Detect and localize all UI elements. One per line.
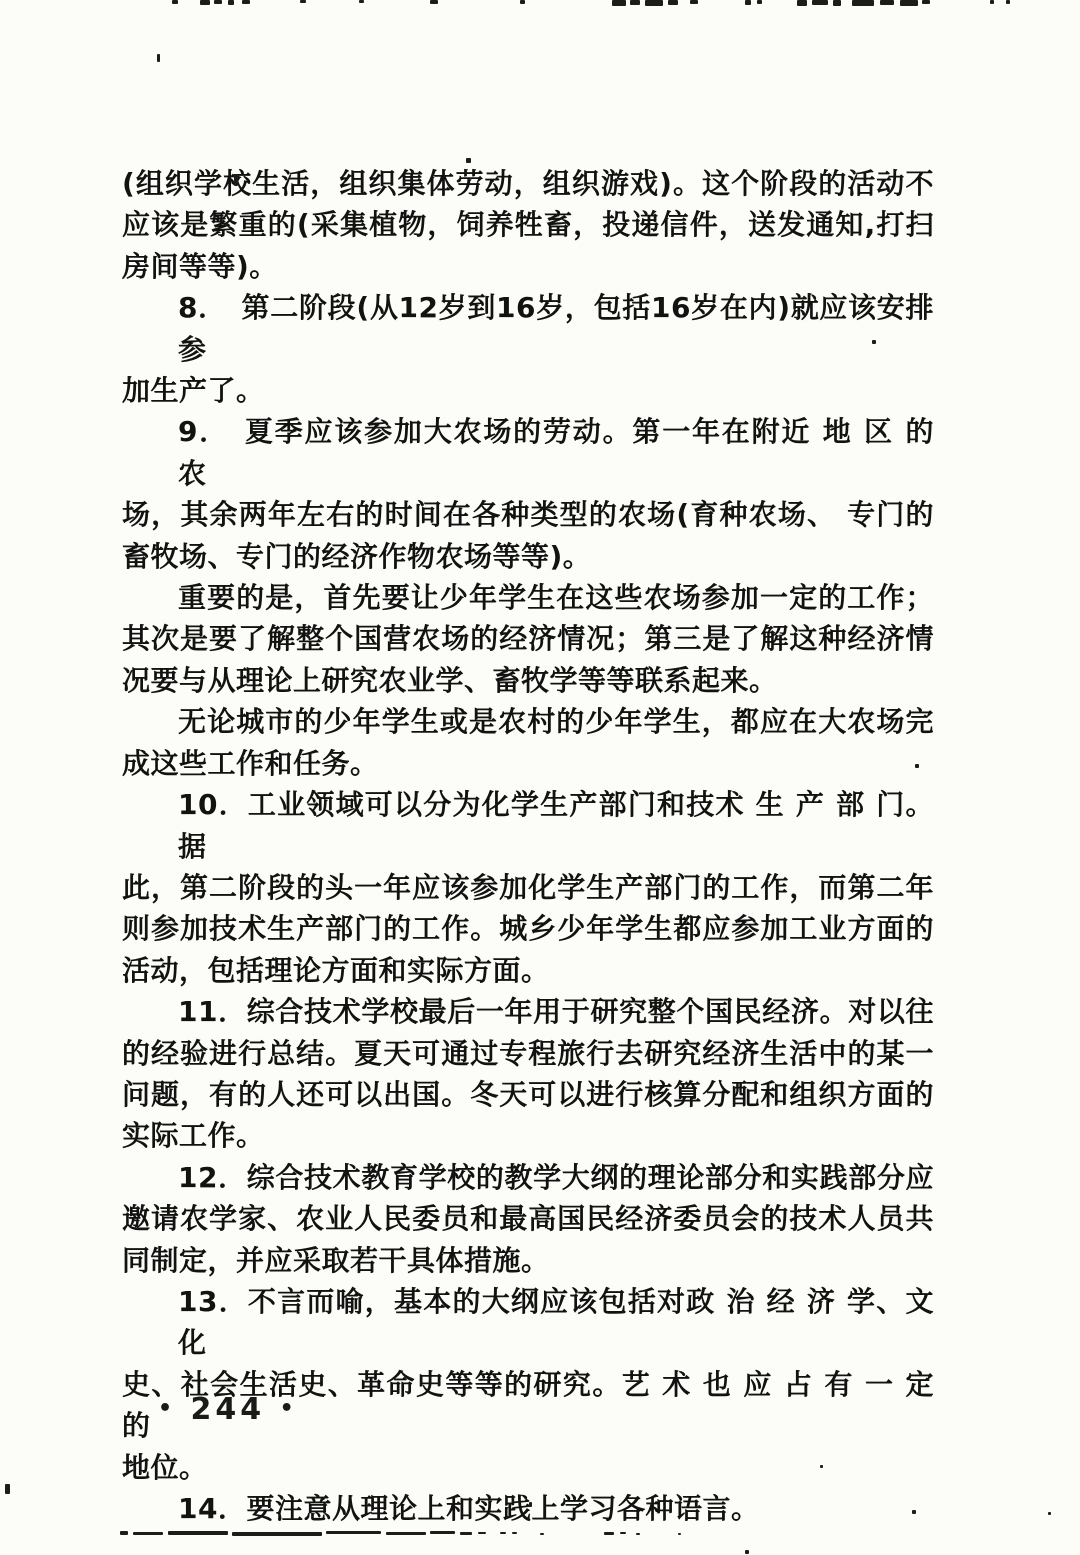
text-line: 场，其余两年左右的时间在各种类型的农场(育种农场、 专门的 (122, 494, 934, 535)
text-line: 加生产了。 (122, 370, 934, 411)
scan-artifact (430, 1531, 455, 1534)
scan-artifact (530, 628, 534, 632)
text-line: 13．不言而喻，基本的大纲应该包括对政 治 经 济 学、文化 (122, 1281, 934, 1364)
text-line: 成这些工作和任务。 (122, 743, 934, 784)
scan-artifact (630, 0, 640, 5)
scan-artifact (300, 0, 306, 3)
scan-artifact (157, 54, 160, 62)
text-line: 9． 夏季应该参加大农场的劳动。第一年在附近 地 区 的 农 (122, 411, 934, 494)
scan-artifact (915, 764, 919, 768)
scan-artifact (880, 0, 894, 5)
text-line: 8． 第二阶段(从12岁到16岁，包括16岁在内)就应该安排参 (122, 287, 934, 370)
scan-artifact (820, 1465, 823, 1468)
text-line: 应该是繁重的(采集植物，饲养牲畜，投递信件，送发通知,打扫 (122, 204, 934, 245)
scan-artifact (200, 0, 210, 5)
page-number: • 244 • (158, 1392, 298, 1427)
text-line: 10．工业领域可以分为化学生产部门和技术 生 产 部 门。据 (122, 784, 934, 867)
scan-artifact (604, 1532, 614, 1535)
scan-artifact (512, 1532, 517, 1534)
text-line: 重要的是，首先要让少年学生在这些农场参加一定的工作； (122, 577, 934, 618)
scan-artifact (529, 1502, 532, 1507)
page-number-left-dot: • (158, 1396, 176, 1421)
scan-artifact (540, 1533, 544, 1535)
scan-artifact (326, 1531, 381, 1534)
scan-artifact (922, 0, 930, 4)
text-line: 14．要注意从理论上和实践上学习各种语言。 (122, 1488, 934, 1529)
text-line: (组织学校生活，组织集体劳动，组织游戏)。这个阶段的活动不 (122, 163, 934, 204)
scan-artifact (5, 1484, 10, 1494)
text-line: 同制定，并应采取若干具体措施。 (122, 1240, 934, 1281)
text-line: 的经验进行总结。夏天可通过专程旅行去研究经济生活中的某一 (122, 1033, 934, 1074)
scan-artifact (852, 0, 874, 6)
scan-artifact (1048, 1512, 1051, 1515)
scan-artifact (668, 0, 678, 5)
scan-artifact (133, 1532, 163, 1535)
scan-artifact (520, 0, 525, 4)
scan-artifact (612, 0, 626, 6)
page-number-right-dot: • (280, 1396, 298, 1421)
text-line: 房间等等)。 (122, 246, 934, 287)
scan-artifact (228, 0, 234, 5)
text-line: 其次是要了解整个国营农场的经济情况；第三是了解这种经济情 (122, 618, 934, 659)
scan-artifact (460, 1532, 472, 1535)
body-text: (组织学校生活，组织集体劳动，组织游戏)。这个阶段的活动不应该是繁重的(采集植物… (122, 163, 934, 1529)
scan-artifact (500, 1532, 506, 1534)
scan-artifact (172, 0, 178, 4)
scan-artifact (386, 1532, 426, 1535)
scan-artifact (833, 0, 841, 6)
scan-artifact (430, 0, 438, 4)
text-line: 11．综合技术学校最后一年用于研究整个国民经济。对以往 (122, 991, 934, 1032)
scan-artifact (678, 1533, 681, 1535)
scan-artifact (636, 1533, 640, 1535)
text-line: 无论城市的少年学生或是农村的少年学生，都应在大农场完 (122, 701, 934, 742)
scan-artifact (745, 0, 751, 5)
text-line: 况要与从理论上研究农业学、畜牧学等等联系起来。 (122, 660, 934, 701)
text-line: 活动，包括理论方面和实际方面。 (122, 950, 934, 991)
scan-artifact (690, 0, 698, 4)
book-page-scan: (组织学校生活，组织集体劳动，组织游戏)。这个阶段的活动不应该是繁重的(采集植物… (0, 0, 1080, 1555)
page-number-value: 244 (191, 1392, 266, 1427)
scan-artifact (359, 0, 364, 3)
text-line: 邀请农学家、农业人民委员和最高国民经济委员会的技术人员共 (122, 1198, 934, 1239)
text-line: 此，第二阶段的头一年应该参加化学生产部门的工作，而第二年 (122, 867, 934, 908)
text-line: 问题，有的人还可以出国。冬天可以进行核算分配和组织方面的 (122, 1074, 934, 1115)
text-line: 地位。 (122, 1447, 934, 1488)
scan-artifact (232, 1532, 322, 1536)
scan-artifact (620, 1532, 626, 1534)
scan-artifact (645, 0, 663, 6)
scan-artifact (234, 174, 238, 186)
scan-artifact (120, 1531, 128, 1535)
scan-artifact (797, 0, 807, 6)
scan-artifact (466, 158, 471, 163)
text-line: 12．综合技术教育学校的教学大纲的理论部分和实践部分应 (122, 1157, 934, 1198)
text-line: 则参加技术生产部门的工作。城乡少年学生都应参加工业方面的 (122, 908, 934, 949)
scan-artifact (872, 340, 876, 344)
text-line: 畜牧场、专门的经济作物农场等等)。 (122, 536, 934, 577)
scan-artifact (1006, 0, 1010, 4)
scan-artifact (168, 1531, 228, 1535)
scan-artifact (757, 0, 762, 4)
scan-artifact (812, 0, 828, 5)
scan-artifact (990, 0, 994, 4)
scan-artifact (912, 1510, 916, 1514)
scan-artifact (745, 1550, 749, 1554)
scan-artifact (900, 0, 918, 6)
text-line: 实际工作。 (122, 1115, 934, 1156)
scan-artifact (478, 1532, 486, 1534)
scan-artifact (214, 0, 222, 4)
scan-artifact (242, 0, 250, 4)
